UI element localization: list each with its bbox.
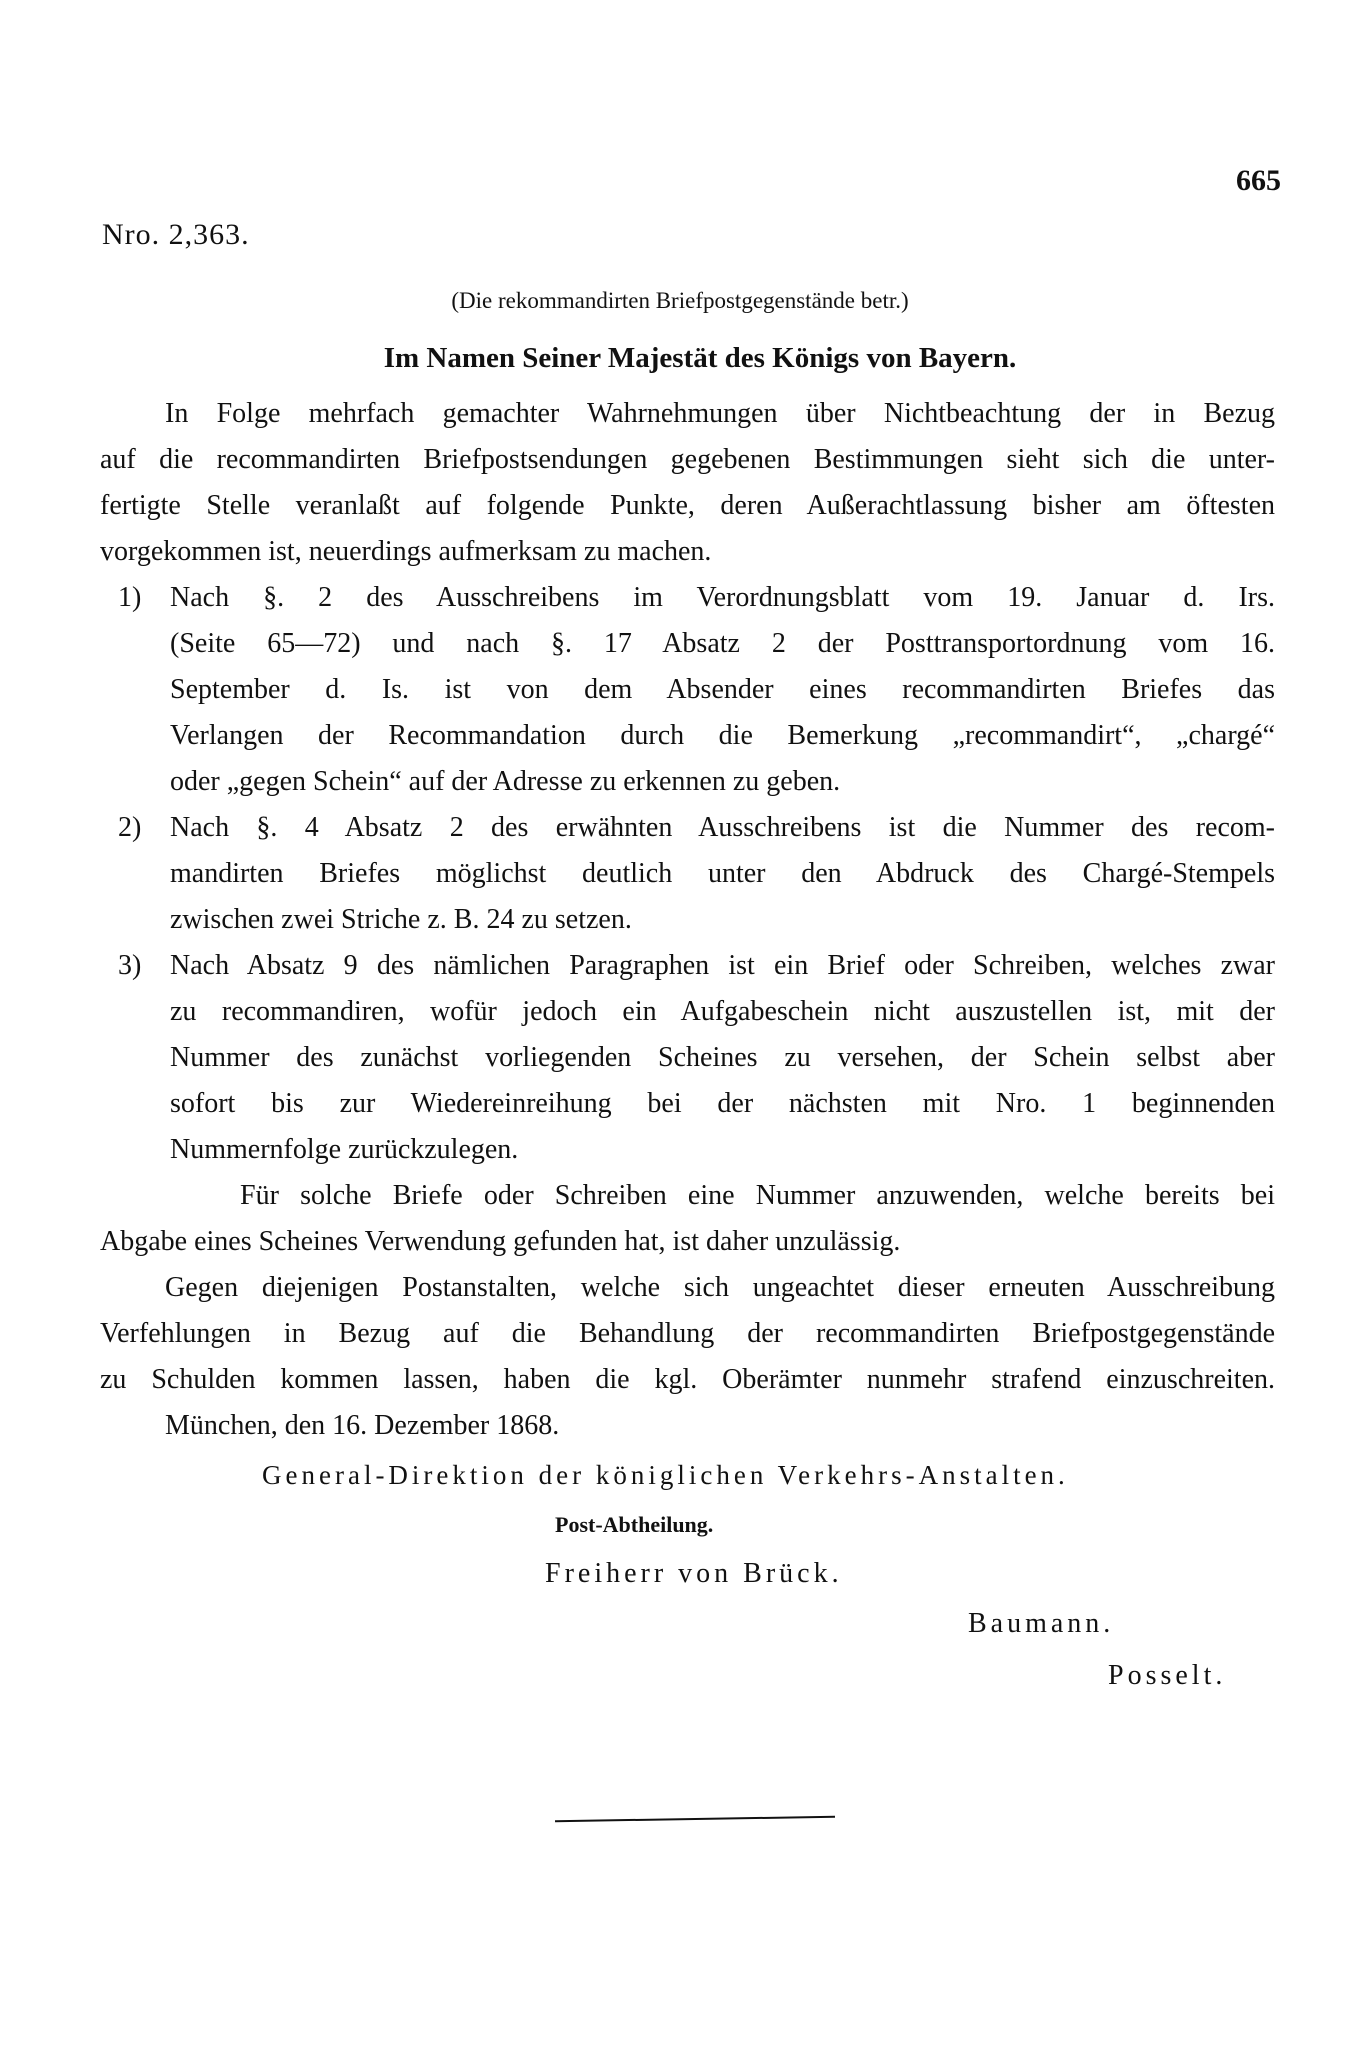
countersignature-baumann: Baumann.	[968, 1608, 1114, 1640]
paragraph-line: Gegen diejenigen Postanstalten, welche s…	[165, 1272, 1275, 1304]
document-subtitle: (Die rekommandirten Briefpostgegenstände…	[0, 288, 1360, 314]
page-number: 665	[1236, 164, 1281, 198]
paragraph-line: Verfehlungen in Bezug auf die Behandlung…	[100, 1318, 1275, 1350]
item-number: 2)	[118, 812, 141, 844]
item-number: 1)	[118, 582, 141, 614]
paragraph-line: Abgabe eines Scheines Verwendung gefunde…	[100, 1226, 1275, 1258]
document-heading: Im Namen Seiner Majestät des Königs von …	[0, 342, 1360, 375]
item-line: Verlangen der Recommandation durch die B…	[170, 720, 1275, 752]
item-line: mandirten Briefes möglichst deutlich unt…	[170, 858, 1275, 890]
item-line: Nummer des zunächst vorliegenden Scheine…	[170, 1042, 1275, 1074]
item-line: Nach §. 2 des Ausschreibens im Verordnun…	[170, 582, 1275, 614]
intro-line: fertigte Stelle veranlaßt auf folgende P…	[100, 490, 1275, 522]
signatory: Freiherr von Brück.	[545, 1558, 843, 1590]
paragraph-line: Für solche Briefe oder Schreiben eine Nu…	[240, 1180, 1275, 1212]
department: Post-Abtheilung.	[555, 1512, 713, 1538]
item-line: September d. Is. ist von dem Absender ei…	[170, 674, 1275, 706]
item-line: sofort bis zur Wiedereinreihung bei der …	[170, 1088, 1275, 1120]
countersignature-posselt: Posselt.	[1108, 1660, 1226, 1692]
closing-rule	[555, 1816, 835, 1822]
document-page: 665 Nro. 2,363. (Die rekommandirten Brie…	[0, 0, 1360, 2048]
item-number: 3)	[118, 950, 141, 982]
place-date: München, den 16. Dezember 1868.	[165, 1410, 559, 1442]
item-line: Nach Absatz 9 des nämlichen Paragraphen …	[170, 950, 1275, 982]
item-line: zu recommandiren, wofür jedoch ein Aufga…	[170, 996, 1275, 1028]
issuing-authority: General-Direktion der königlichen Verkeh…	[262, 1460, 1069, 1491]
intro-line: vorgekommen ist, neuerdings aufmerksam z…	[100, 536, 1275, 568]
intro-line: In Folge mehrfach gemachter Wahrnehmunge…	[165, 398, 1275, 430]
item-line: oder „gegen Schein“ auf der Adresse zu e…	[170, 766, 1275, 798]
paragraph-line: zu Schulden kommen lassen, haben die kgl…	[100, 1364, 1275, 1396]
item-line: zwischen zwei Striche z. B. 24 zu setzen…	[170, 904, 1275, 936]
item-line: Nach §. 4 Absatz 2 des erwähnten Ausschr…	[170, 812, 1275, 844]
intro-line: auf die recommandirten Briefpostsendunge…	[100, 444, 1275, 476]
document-number: Nro. 2,363.	[102, 218, 250, 252]
item-line: (Seite 65—72) und nach §. 17 Absatz 2 de…	[170, 628, 1275, 660]
item-line: Nummernfolge zurückzulegen.	[170, 1134, 1275, 1166]
